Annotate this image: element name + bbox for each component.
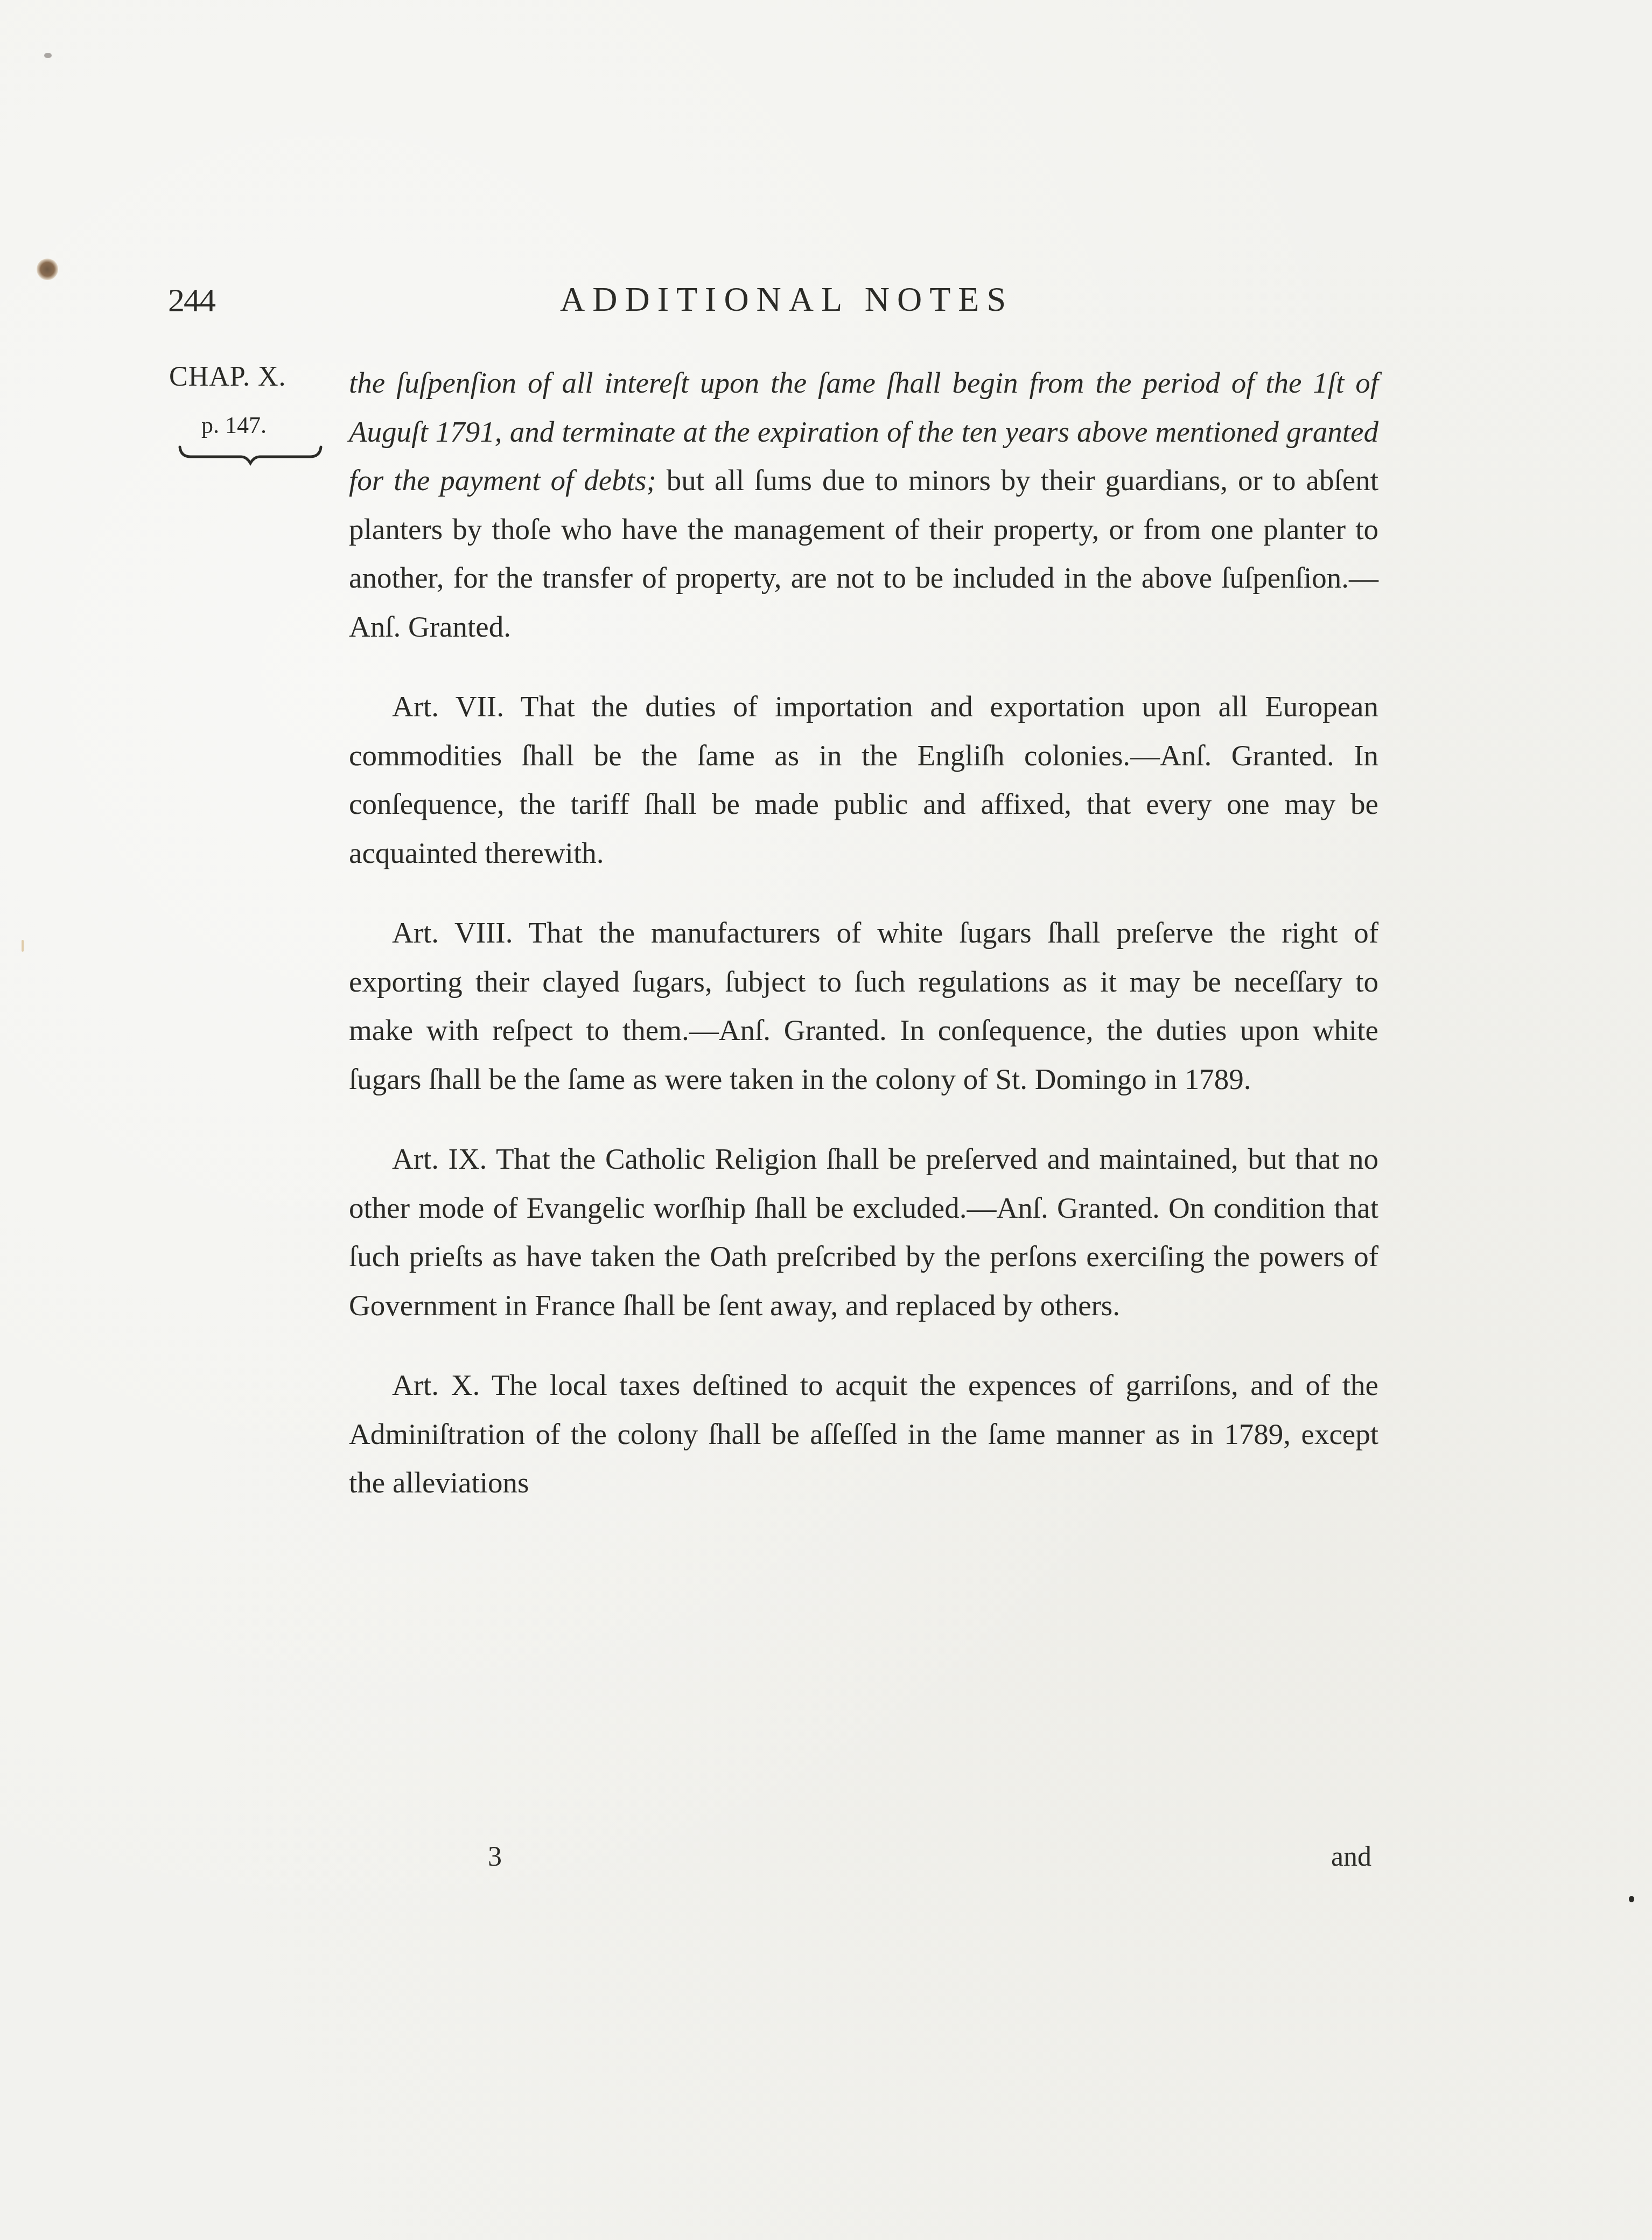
paper-mark [22,940,24,952]
article-number: Art. VII. [392,690,504,723]
article-text: That the Catholic Religion ſhall be preſ… [349,1142,1378,1322]
signature-mark: 3 [488,1841,502,1873]
page-footer: 3 and [0,1841,1652,1884]
foxing-speck [44,53,52,58]
article-paragraph: Art. IX. That the Catholic Religion ſhal… [349,1135,1378,1330]
margin-page-ref: p. 147. [162,409,334,442]
margin-chapter-ref: CHAP. X. [162,361,334,393]
article-text: The local taxes deſtined to acquit the e… [349,1369,1378,1499]
running-head-title: ADDITIONAL NOTES [560,280,1013,319]
book-page: 244 ADDITIONAL NOTES CHAP. X. p. 147. th… [0,0,1652,2240]
article-paragraph: Art. VII. That the duties of importation… [349,682,1378,877]
article-paragraph: Art. X. The local taxes deſtined to acqu… [349,1361,1378,1508]
margin-note: CHAP. X. p. 147. [162,361,334,466]
body-text: the ſuſpenſion of all intereſt upon the … [349,359,1378,1508]
ink-speck [1629,1896,1634,1902]
article-paragraph: Art. VIII. That the manufacturers of whi… [349,909,1378,1104]
brace-icon [178,445,323,466]
catchword: and [1331,1841,1371,1873]
article-number: Art. X. [392,1369,480,1401]
running-header: 244 ADDITIONAL NOTES [0,272,1652,320]
article-number: Art. VIII. [392,916,513,949]
page-number: 244 [168,282,215,320]
continued-paragraph: the ſuſpenſion of all intereſt upon the … [349,359,1378,651]
article-number: Art. IX. [392,1142,487,1175]
